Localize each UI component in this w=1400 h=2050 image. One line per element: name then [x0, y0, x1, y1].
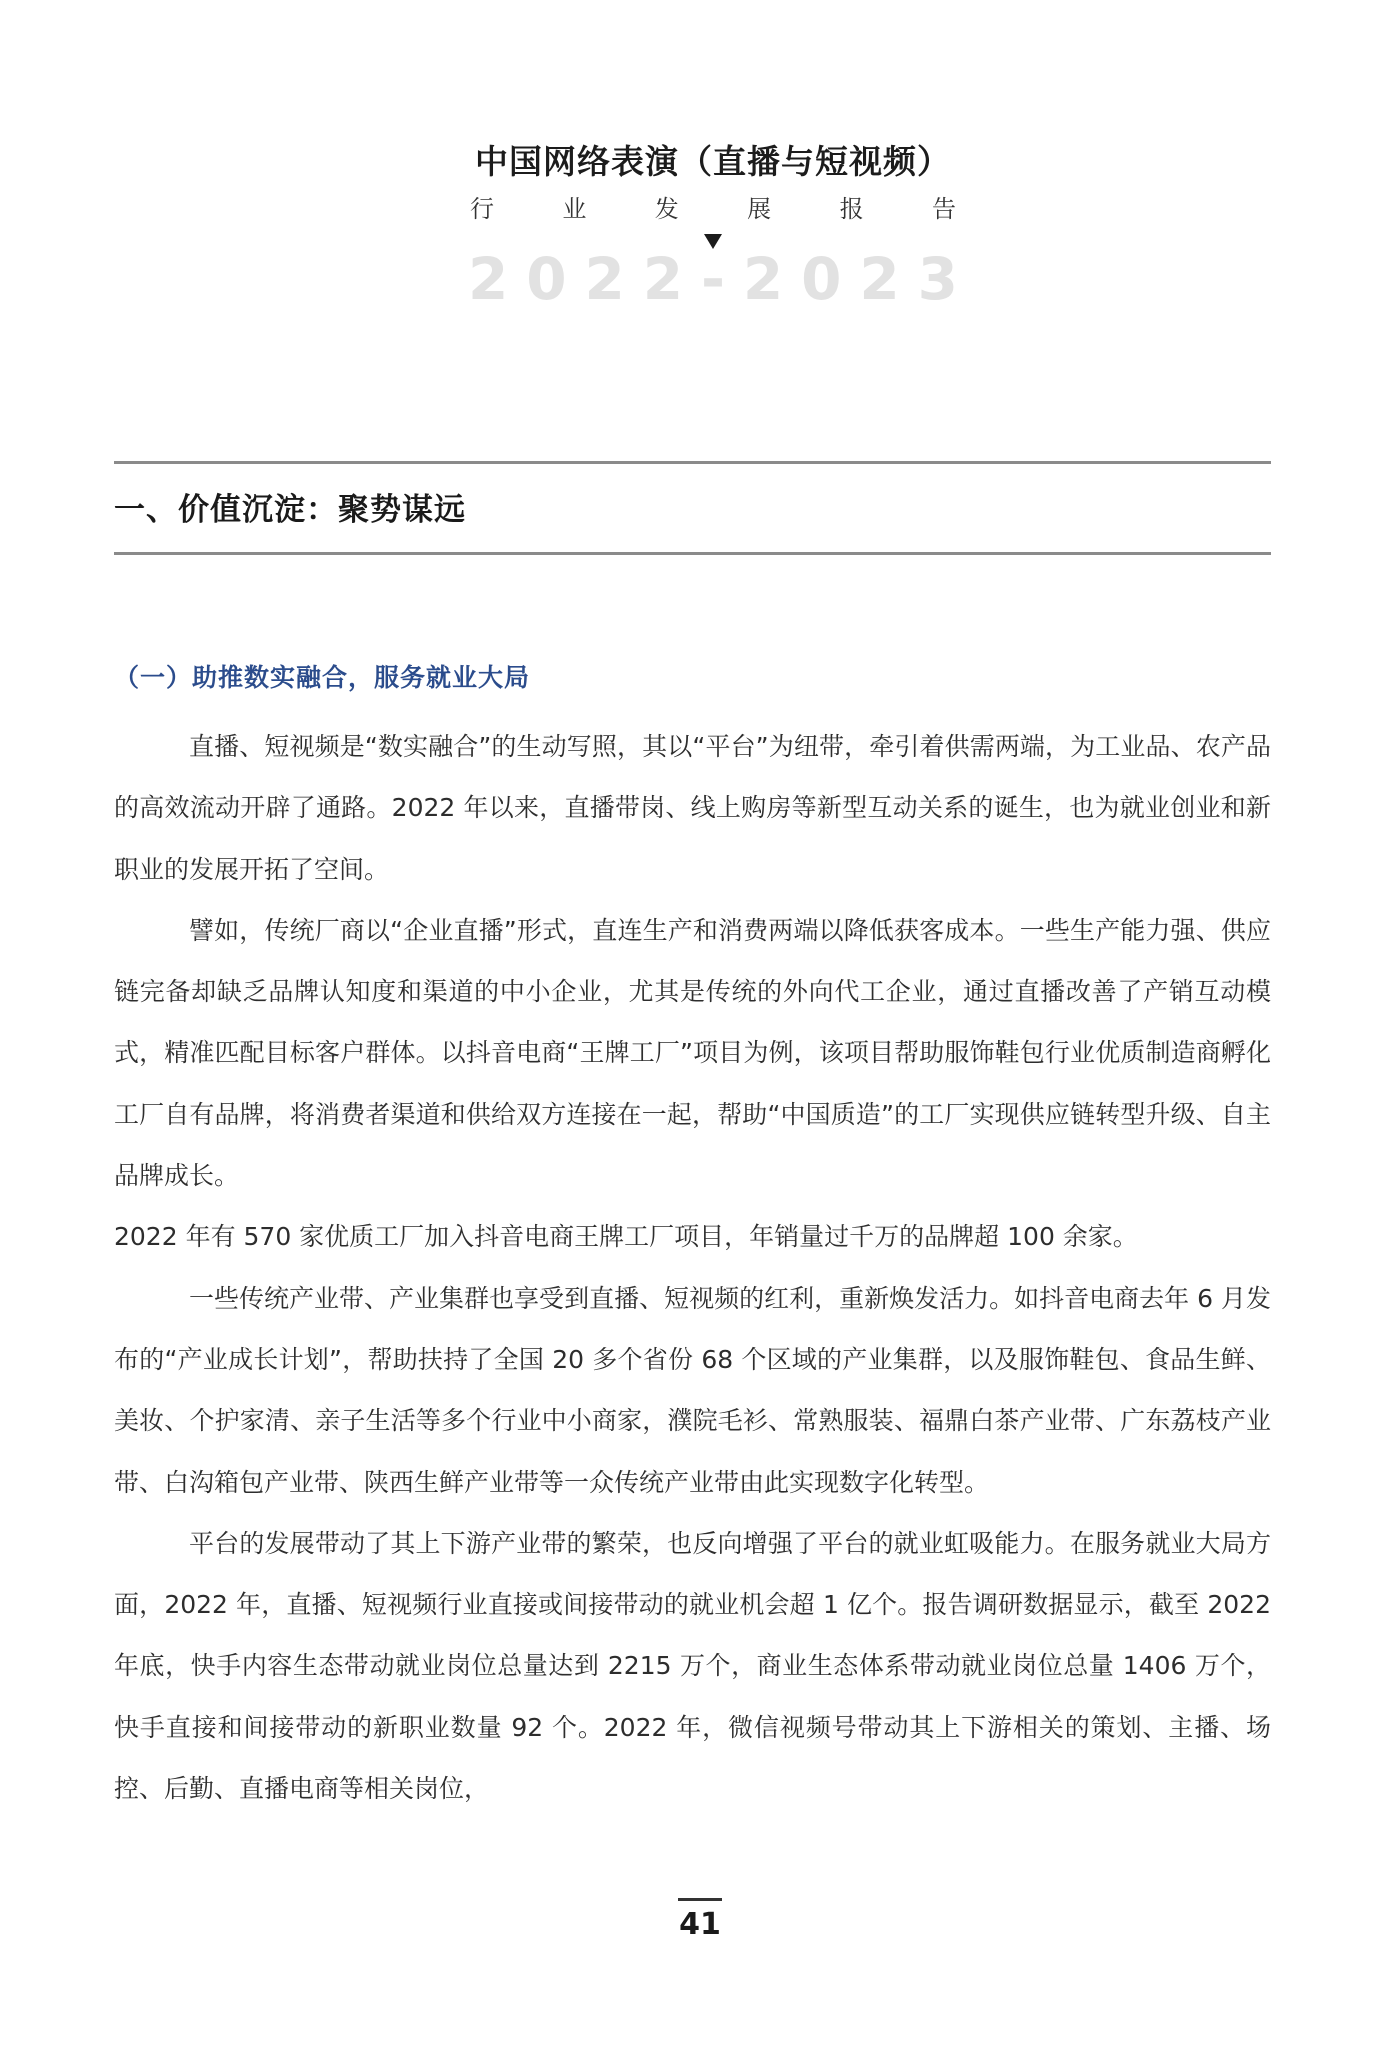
subsection-title: （一）助推数实融合，服务就业大局 [114, 658, 530, 694]
year-char: 0 [801, 247, 841, 311]
year-char: 2 [643, 247, 683, 311]
year-range: 2 0 2 2 - 2 0 2 3 [466, 247, 960, 311]
paragraph: 一些传统产业带、产业集群也享受到直播、短视频的红利，重新焕发活力。如抖音电商去年… [114, 1268, 1271, 1513]
subtitle-char: 展 [747, 189, 771, 224]
section-top-divider [114, 461, 1271, 464]
year-char: 2 [859, 247, 899, 311]
subtitle-char: 行 [470, 189, 494, 224]
year-char: 3 [918, 247, 958, 311]
year-char: 2 [743, 247, 783, 311]
paragraph: 譬如，传统厂商以“企业直播”形式，直连生产和消费两端以降低获客成本。一些生产能力… [114, 900, 1271, 1206]
section-title: 一、价值沉淀：聚势谋远 [114, 484, 466, 529]
report-subtitle: 行 业 发 展 报 告 [466, 189, 960, 224]
year-char: 2 [468, 247, 508, 311]
year-char: 0 [526, 247, 566, 311]
body-text: 直播、短视频是“数实融合”的生动写照，其以“平台”为纽带，牵引着供需两端，为工业… [114, 716, 1271, 1819]
year-char: 2 [584, 247, 624, 311]
page-footer: 41 [650, 1898, 750, 1942]
section-bottom-divider [114, 552, 1271, 555]
year-char: - [701, 247, 725, 311]
subtitle-char: 告 [932, 189, 956, 224]
paragraph: 直播、短视频是“数实融合”的生动写照，其以“平台”为纽带，牵引着供需两端，为工业… [114, 716, 1271, 900]
report-title: 中国网络表演（直播与短视频） [466, 136, 960, 183]
subtitle-char: 报 [840, 189, 864, 224]
subtitle-char: 发 [655, 189, 679, 224]
report-header: 中国网络表演（直播与短视频） 行 业 发 展 报 告 2 0 2 2 - 2 0… [466, 136, 960, 311]
paragraph: 平台的发展带动了其上下游产业带的繁荣，也反向增强了平台的就业虹吸能力。在服务就业… [114, 1513, 1271, 1819]
page-number-rule [678, 1898, 722, 1901]
paragraph: 2022 年有 570 家优质工厂加入抖音电商王牌工厂项目，年销量过千万的品牌超… [114, 1206, 1271, 1267]
subtitle-char: 业 [562, 189, 586, 224]
page-number: 41 [650, 1907, 750, 1942]
